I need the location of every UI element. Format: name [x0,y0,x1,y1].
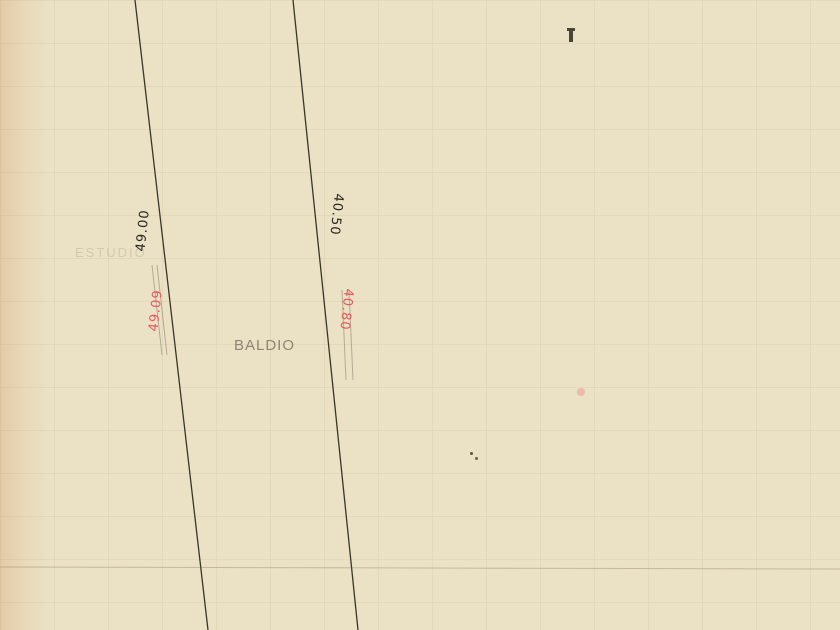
ink-speck [475,457,478,460]
red-stain [577,388,585,396]
left-boundary-line [135,0,208,630]
boundary-lines [0,0,840,630]
ink-mark [569,28,573,42]
ink-speck [470,452,473,455]
horizontal-reference-line [0,567,840,569]
parcel-label: BALDIO [234,337,295,354]
